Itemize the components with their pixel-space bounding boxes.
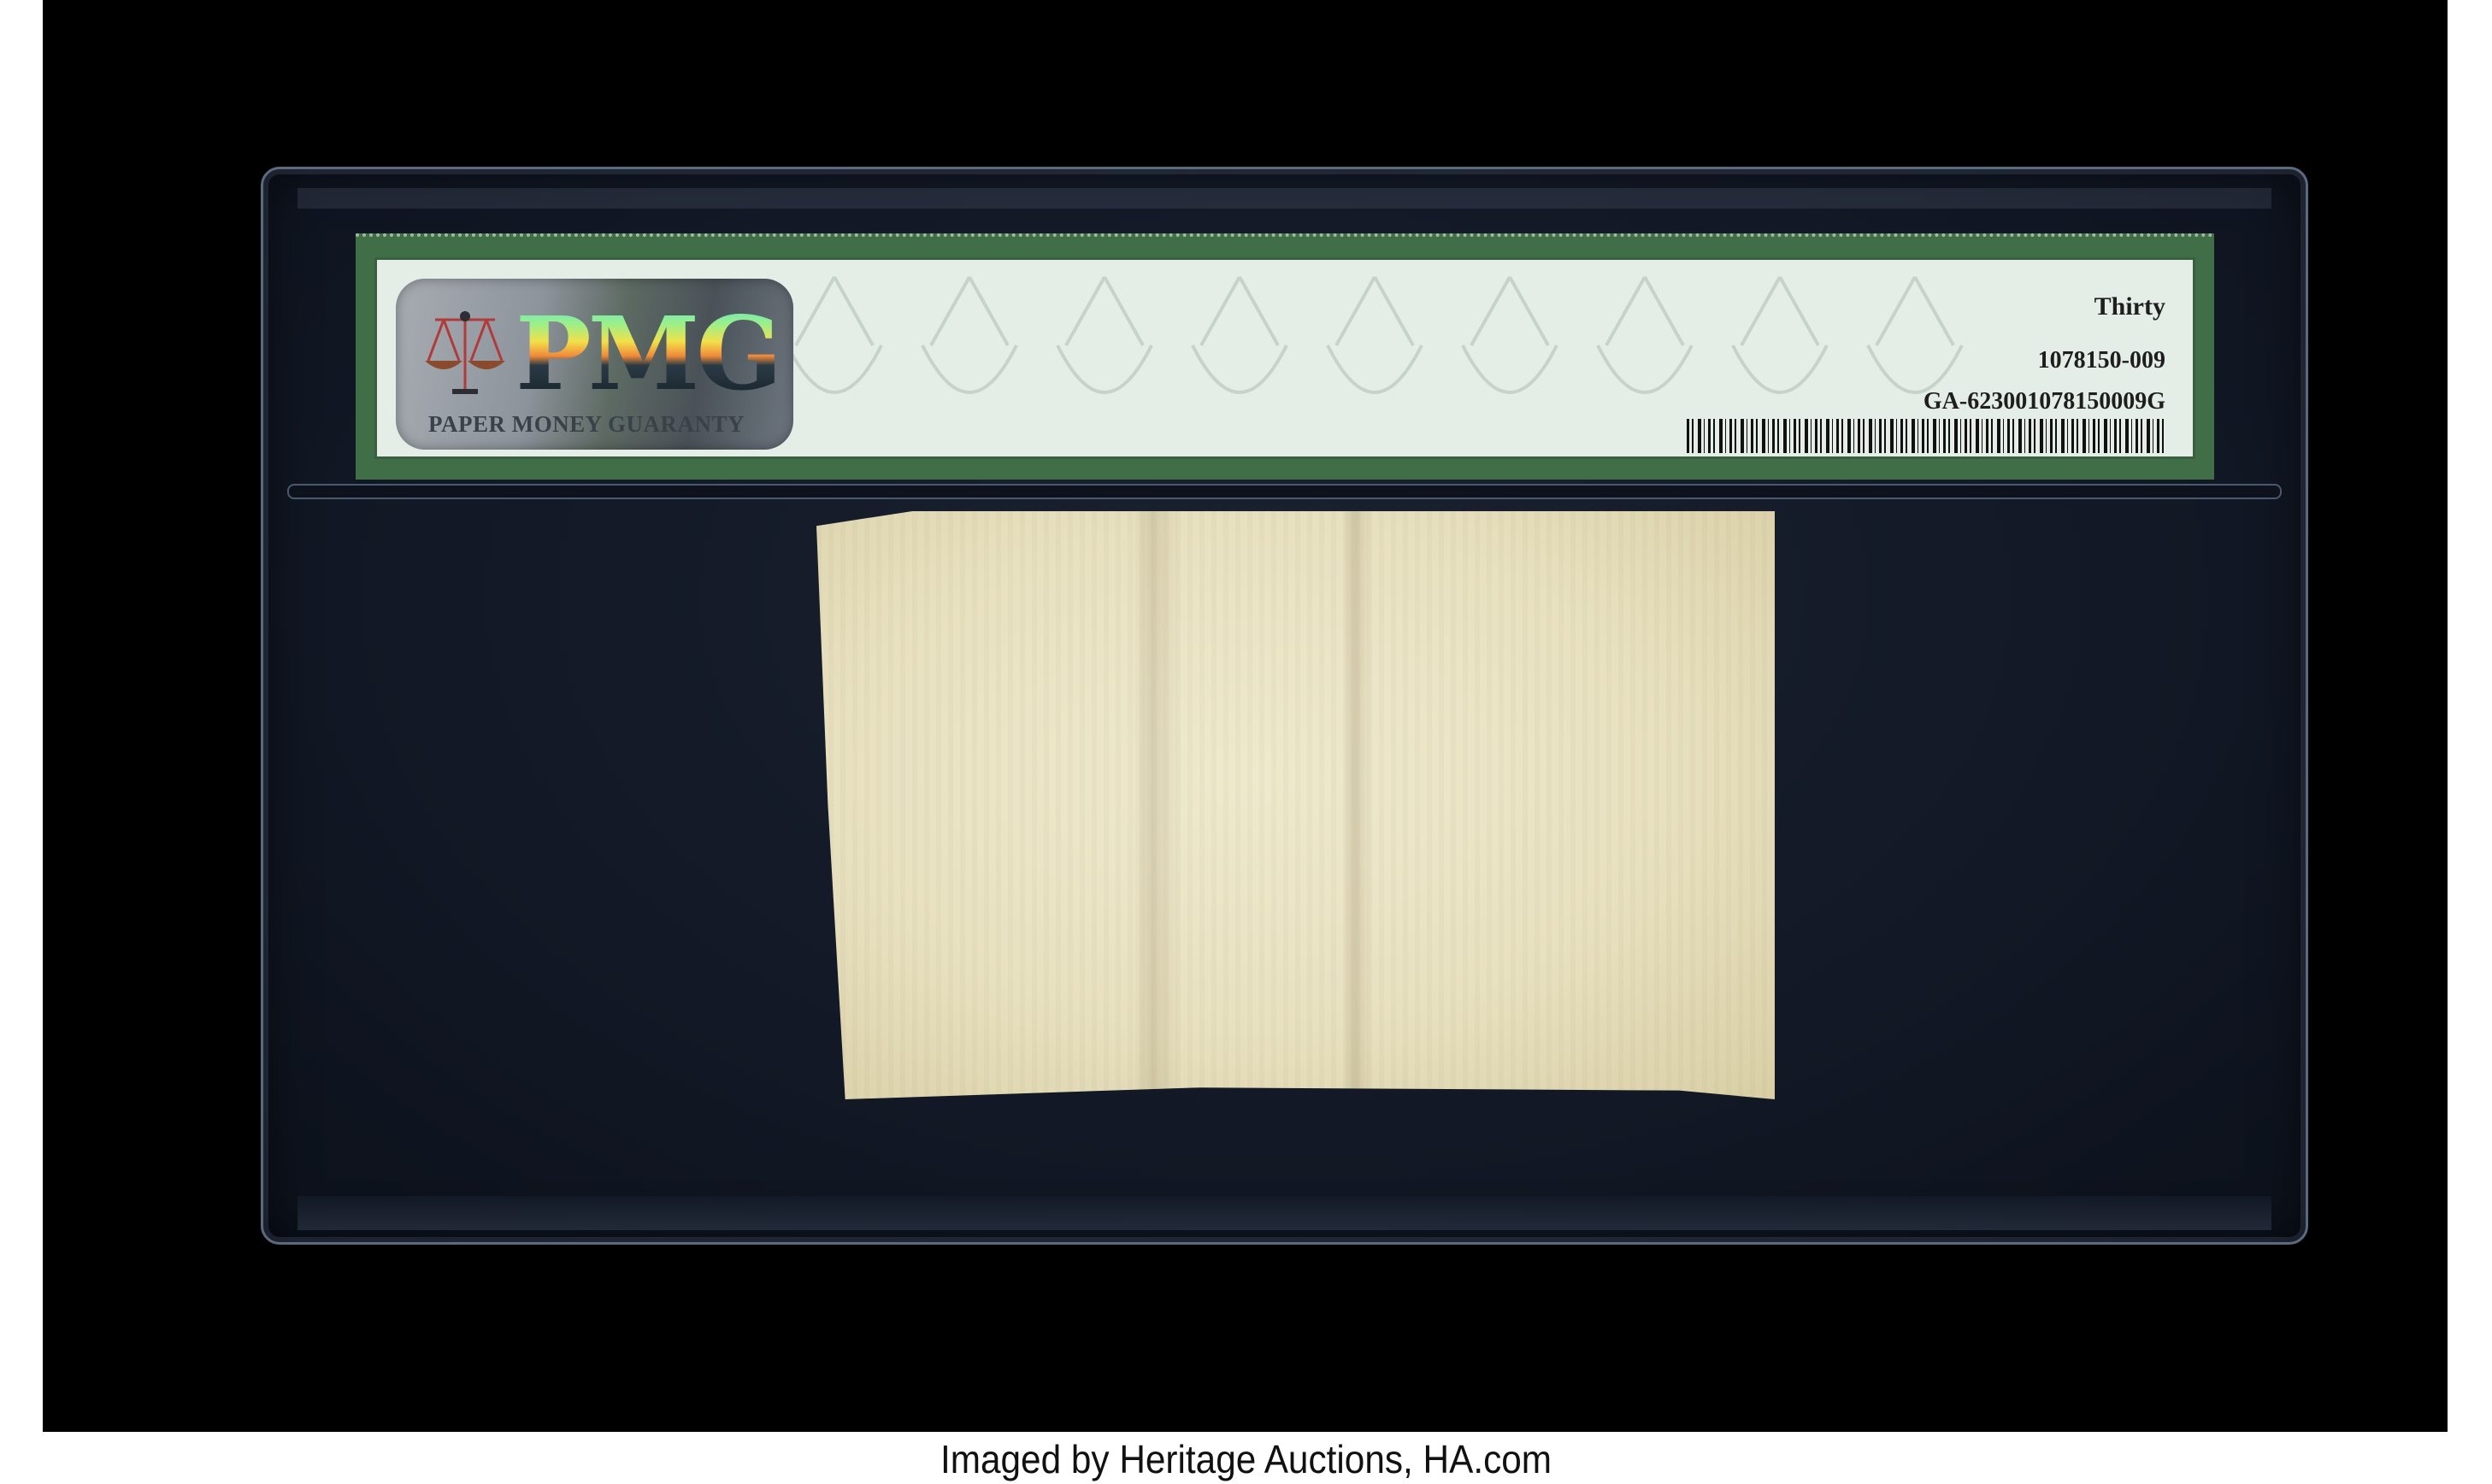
image-credit-caption: Imaged by Heritage Auctions, HA.com — [100, 1436, 2393, 1482]
pmg-brand-subtitle: PAPER MONEY GUARANTY — [428, 411, 745, 438]
pmg-brand-text: PMG — [515, 294, 779, 413]
pmg-hologram-logo: PMG PAPER MONEY GUARANTY — [396, 279, 793, 450]
cert-number: 1078150-009 — [1687, 347, 2165, 374]
photo-background: PMG PAPER MONEY GUARANTY Thirty 1078150-… — [43, 0, 2448, 1432]
holder-bottom-rail — [298, 1196, 2271, 1230]
grade-text: Thirty — [1687, 292, 2165, 321]
banknote-back — [816, 511, 1775, 1099]
scales-of-justice-icon — [418, 308, 512, 402]
barcode-value: GA-623001078150009G — [1687, 388, 2165, 415]
pmg-holder: PMG PAPER MONEY GUARANTY Thirty 1078150-… — [261, 167, 2308, 1245]
holder-top-rail — [298, 188, 2271, 209]
label-info-block: Thirty 1078150-009 GA-623001078150009G — [1687, 292, 2165, 453]
pmg-label: PMG PAPER MONEY GUARANTY Thirty 1078150-… — [356, 233, 2214, 480]
barcode-icon — [1687, 419, 2165, 453]
label-inner-panel: PMG PAPER MONEY GUARANTY Thirty 1078150-… — [374, 257, 2195, 459]
holder-note-slot — [287, 484, 2282, 499]
